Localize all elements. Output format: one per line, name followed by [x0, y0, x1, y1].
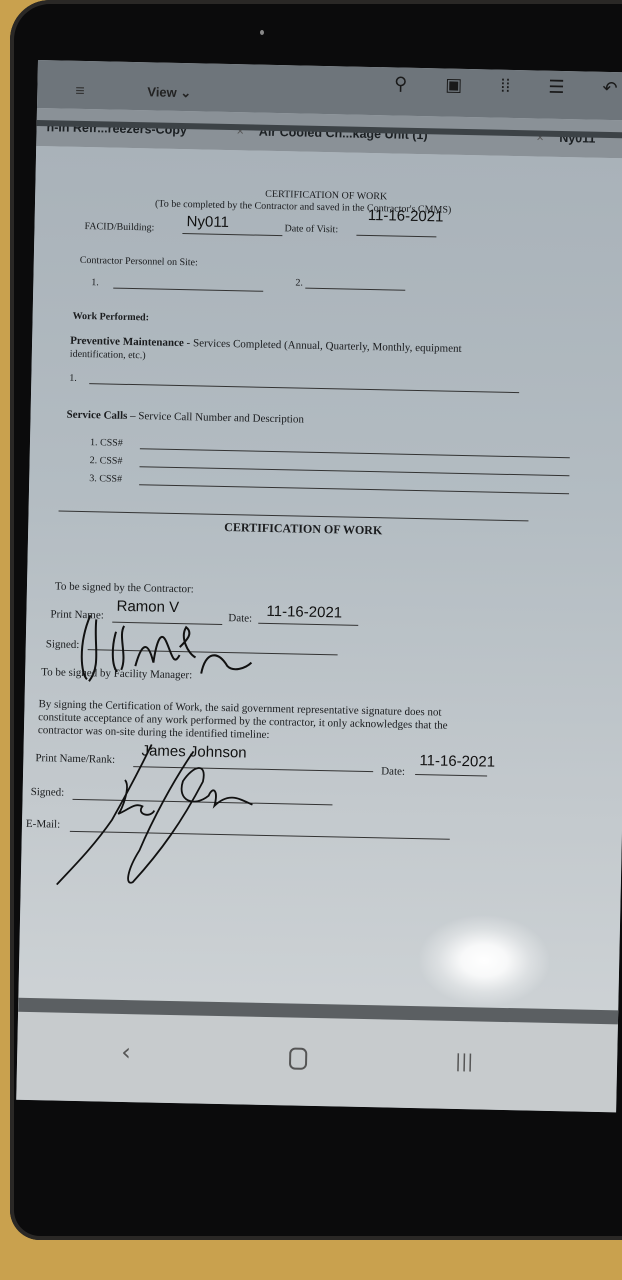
facility-sign-label: To be signed by Facility Manager:	[41, 666, 192, 681]
personnel-item-2: 2.	[295, 277, 303, 288]
menu-icon[interactable]: ≡	[75, 83, 85, 101]
service-call-1: 1. CSS#	[90, 437, 123, 449]
manager-date-value[interactable]: 11-16-2021	[419, 752, 495, 771]
save-file-icon[interactable]: ▣	[445, 75, 462, 96]
service-calls-bold: Service Calls	[66, 409, 127, 422]
home-button[interactable]	[289, 1047, 307, 1069]
undo-icon[interactable]: ↶	[602, 78, 618, 99]
contractor-signed-label: Signed:	[46, 638, 80, 651]
service-calls-text: – Service Call Number and Description	[127, 410, 304, 426]
personnel-label: Contractor Personnel on Site:	[80, 255, 198, 268]
camera-dot	[260, 30, 264, 35]
facid-label: FACID/Building:	[84, 221, 154, 233]
service-calls-heading: Service Calls – Service Call Number and …	[66, 409, 304, 426]
recents-button[interactable]: |||	[455, 1051, 474, 1072]
grid-icon[interactable]: ⁞⁞	[500, 76, 510, 97]
service-call-3: 3. CSS#	[89, 473, 122, 485]
manager-date-label: Date:	[381, 765, 405, 777]
date-of-visit-label: Date of Visit:	[284, 223, 338, 235]
pm-bold: Preventive Maintenance	[70, 335, 184, 349]
pm-item-1: 1.	[69, 373, 77, 384]
manager-signature[interactable]	[41, 738, 304, 893]
search-icon[interactable]: ⚲	[394, 73, 408, 94]
pdf-viewer-screen: ≡ View ⌄ ⚲ ▣ ⁞⁞ ☰ ↶ h-In Refr...reezers-…	[16, 60, 622, 1112]
view-menu-button[interactable]: View ⌄	[147, 84, 191, 101]
screen-glare	[418, 914, 550, 1007]
document-page: CERTIFICATION OF WORK (To be completed b…	[18, 146, 622, 1024]
date-of-visit-value[interactable]: 11-16-2021	[368, 207, 444, 226]
list-icon[interactable]: ☰	[548, 77, 565, 98]
personnel-item-1: 1.	[91, 277, 99, 288]
android-nav-bar: ‹ |||	[16, 998, 618, 1113]
back-button[interactable]: ‹	[121, 1038, 131, 1066]
pm-text-line2: identification, etc.)	[70, 349, 146, 362]
contractor-sign-label: To be signed by the Contractor:	[55, 580, 194, 595]
pm-text: - Services Completed (Annual, Quarterly,…	[184, 337, 462, 355]
work-performed-label: Work Performed:	[73, 311, 150, 324]
facid-value[interactable]: Ny011	[186, 213, 229, 231]
certification-title: CERTIFICATION OF WORK	[224, 520, 382, 538]
service-call-2: 2. CSS#	[90, 455, 123, 467]
